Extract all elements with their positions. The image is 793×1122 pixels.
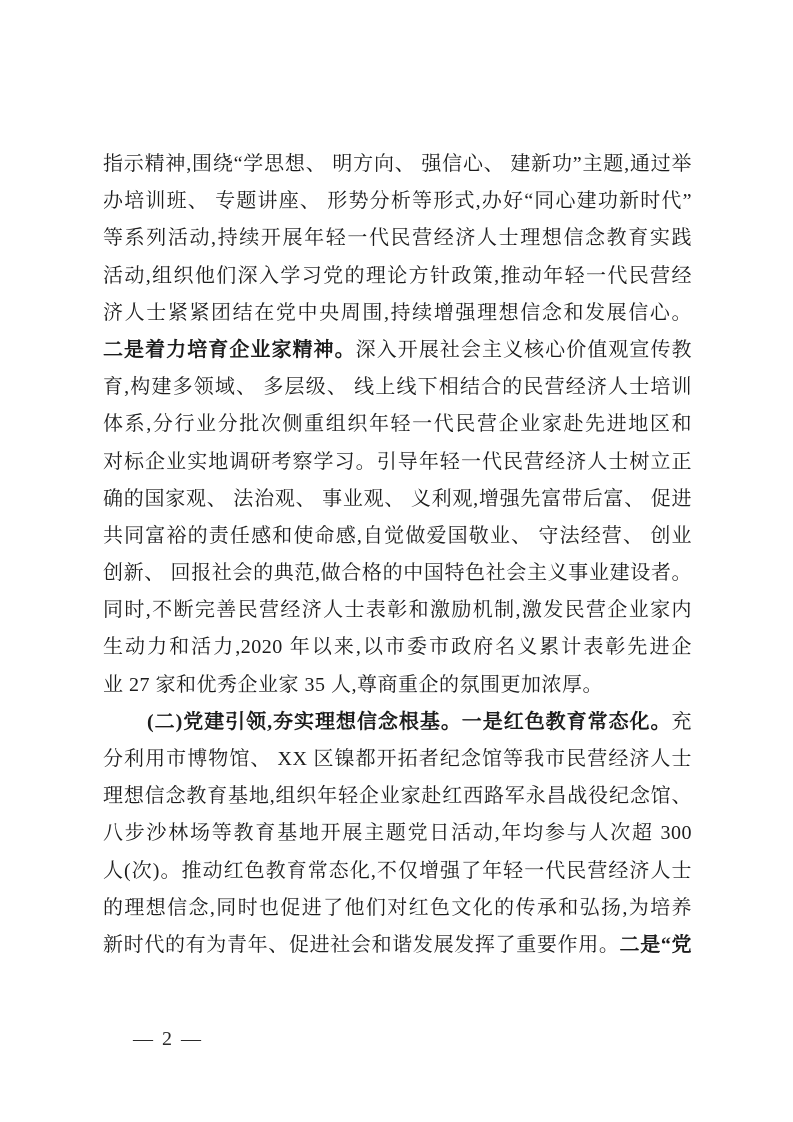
text-segment: 育,构建多领域、 多层级、 线上线下相结合的民营经济人士培训 bbox=[103, 376, 692, 398]
text-segment: 对标企业实地调研考察学习。引导年轻一代民营经济人士树立正 bbox=[103, 451, 692, 473]
text-line: (二)党建引领,夯实理想信念根基。一是红色教育常态化。充 bbox=[103, 704, 692, 741]
text-segment: 业 27 家和优秀企业家 35 人,尊商重企的氛围更加浓厚。 bbox=[103, 674, 603, 696]
text-segment: 分利用市博物馆、 XX 区镍都开拓者纪念馆等我市民营经济人士 bbox=[103, 748, 692, 770]
text-line: 共同富裕的责任感和使命感,自觉做爱国敬业、 守法经营、 创业 bbox=[103, 518, 692, 555]
text-segment: 生动力和活力,2020 年以来,以市委市政府名义累计表彰先进企 bbox=[103, 636, 692, 658]
text-segment: 等系列活动,持续开展年轻一代民营经济人士理想信念教育实践 bbox=[103, 227, 692, 249]
text-line: 新时代的有为青年、促进社会和谐发展发挥了重要作用。二是“党 bbox=[103, 927, 692, 964]
text-line: 人(次)。推动红色教育常态化,不仅增强了年轻一代民营经济人士 bbox=[103, 853, 692, 890]
text-line: 等系列活动,持续开展年轻一代民营经济人士理想信念教育实践 bbox=[103, 220, 692, 257]
text-line: 分利用市博物馆、 XX 区镍都开拓者纪念馆等我市民营经济人士 bbox=[103, 741, 692, 778]
text-line: 业 27 家和优秀企业家 35 人,尊商重企的氛围更加浓厚。 bbox=[103, 667, 692, 704]
text-segment: 八步沙林场等教育基地开展主题党日活动,年均参与人次超 300 bbox=[103, 822, 692, 844]
run-in-heading: 二是着力培育企业家精神。 bbox=[103, 339, 356, 361]
text-line: 济人士紧紧团结在党中央周围,持续增强理想信念和发展信心。 bbox=[103, 295, 692, 332]
text-line: 确的国家观、 法治观、 事业观、 义利观,增强先富带后富、 促进 bbox=[103, 481, 692, 518]
text-line: 的理想信念,同时也促进了他们对红色文化的传承和弘扬,为培养 bbox=[103, 890, 692, 927]
text-line: 创新、 回报社会的典范,做合格的中国特色社会主义事业建设者。 bbox=[103, 555, 692, 592]
text-segment: 活动,组织他们深入学习党的理论方针政策,推动年轻一代民营经 bbox=[103, 265, 692, 287]
document-body-text: 指示精神,围绕“学思想、 明方向、 强信心、 建新功”主题,通过举 办培训班、 … bbox=[103, 146, 692, 964]
text-line: 同时,不断完善民营经济人士表彰和激励机制,激发民营企业家内 bbox=[103, 592, 692, 629]
text-segment: 共同富裕的责任感和使命感,自觉做爱国敬业、 守法经营、 创业 bbox=[103, 525, 692, 547]
text-segment: 充 bbox=[672, 711, 693, 733]
text-segment: 创新、 回报社会的典范,做合格的中国特色社会主义事业建设者。 bbox=[103, 562, 692, 584]
text-segment: 确的国家观、 法治观、 事业观、 义利观,增强先富带后富、 促进 bbox=[103, 488, 692, 510]
text-segment: 人(次)。推动红色教育常态化,不仅增强了年轻一代民营经济人士 bbox=[103, 860, 692, 882]
text-segment: 新时代的有为青年、促进社会和谐发展发挥了重要作用。 bbox=[103, 934, 620, 956]
text-line: 八步沙林场等教育基地开展主题党日活动,年均参与人次超 300 bbox=[103, 815, 692, 852]
text-segment: 体系,分行业分批次侧重组织年轻一代民营企业家赴先进地区和 bbox=[103, 413, 692, 435]
document-page: 指示精神,围绕“学思想、 明方向、 强信心、 建新功”主题,通过举 办培训班、 … bbox=[0, 0, 793, 1122]
text-line: 理想信念教育基地,组织年轻企业家赴红西路军永昌战役纪念馆、 bbox=[103, 778, 692, 815]
text-line: 生动力和活力,2020 年以来,以市委市政府名义累计表彰先进企 bbox=[103, 629, 692, 666]
text-segment: 同时,不断完善民营经济人士表彰和激励机制,激发民营企业家内 bbox=[103, 599, 692, 621]
text-segment: 理想信念教育基地,组织年轻企业家赴红西路军永昌战役纪念馆、 bbox=[103, 785, 692, 807]
text-line: 活动,组织他们深入学习党的理论方针政策,推动年轻一代民营经 bbox=[103, 258, 692, 295]
text-segment: 指示精神,围绕“学思想、 明方向、 强信心、 建新功”主题,通过举 bbox=[103, 153, 692, 175]
text-segment: 的理想信念,同时也促进了他们对红色文化的传承和弘扬,为培养 bbox=[103, 897, 692, 919]
text-line: 办培训班、 专题讲座、 形势分析等形式,办好“同心建功新时代” bbox=[103, 183, 692, 220]
text-segment: 深入开展社会主义核心价值观宣传教 bbox=[356, 339, 692, 361]
text-segment: 济人士紧紧团结在党中央周围,持续增强理想信念和发展信心。 bbox=[103, 302, 692, 324]
text-line: 育,构建多领域、 多层级、 线上线下相结合的民营经济人士培训 bbox=[103, 369, 692, 406]
text-line: 指示精神,围绕“学思想、 明方向、 强信心、 建新功”主题,通过举 bbox=[103, 146, 692, 183]
text-line: 体系,分行业分批次侧重组织年轻一代民营企业家赴先进地区和 bbox=[103, 406, 692, 443]
page-number: — 2 — bbox=[133, 1028, 203, 1051]
run-in-heading: 二是“党 bbox=[620, 934, 692, 956]
text-line: 对标企业实地调研考察学习。引导年轻一代民营经济人士树立正 bbox=[103, 444, 692, 481]
section-heading: (二)党建引领,夯实理想信念根基。一是红色教育常态化。 bbox=[147, 711, 672, 733]
text-line: 二是着力培育企业家精神。深入开展社会主义核心价值观宣传教 bbox=[103, 332, 692, 369]
text-segment: 办培训班、 专题讲座、 形势分析等形式,办好“同心建功新时代” bbox=[103, 190, 692, 212]
